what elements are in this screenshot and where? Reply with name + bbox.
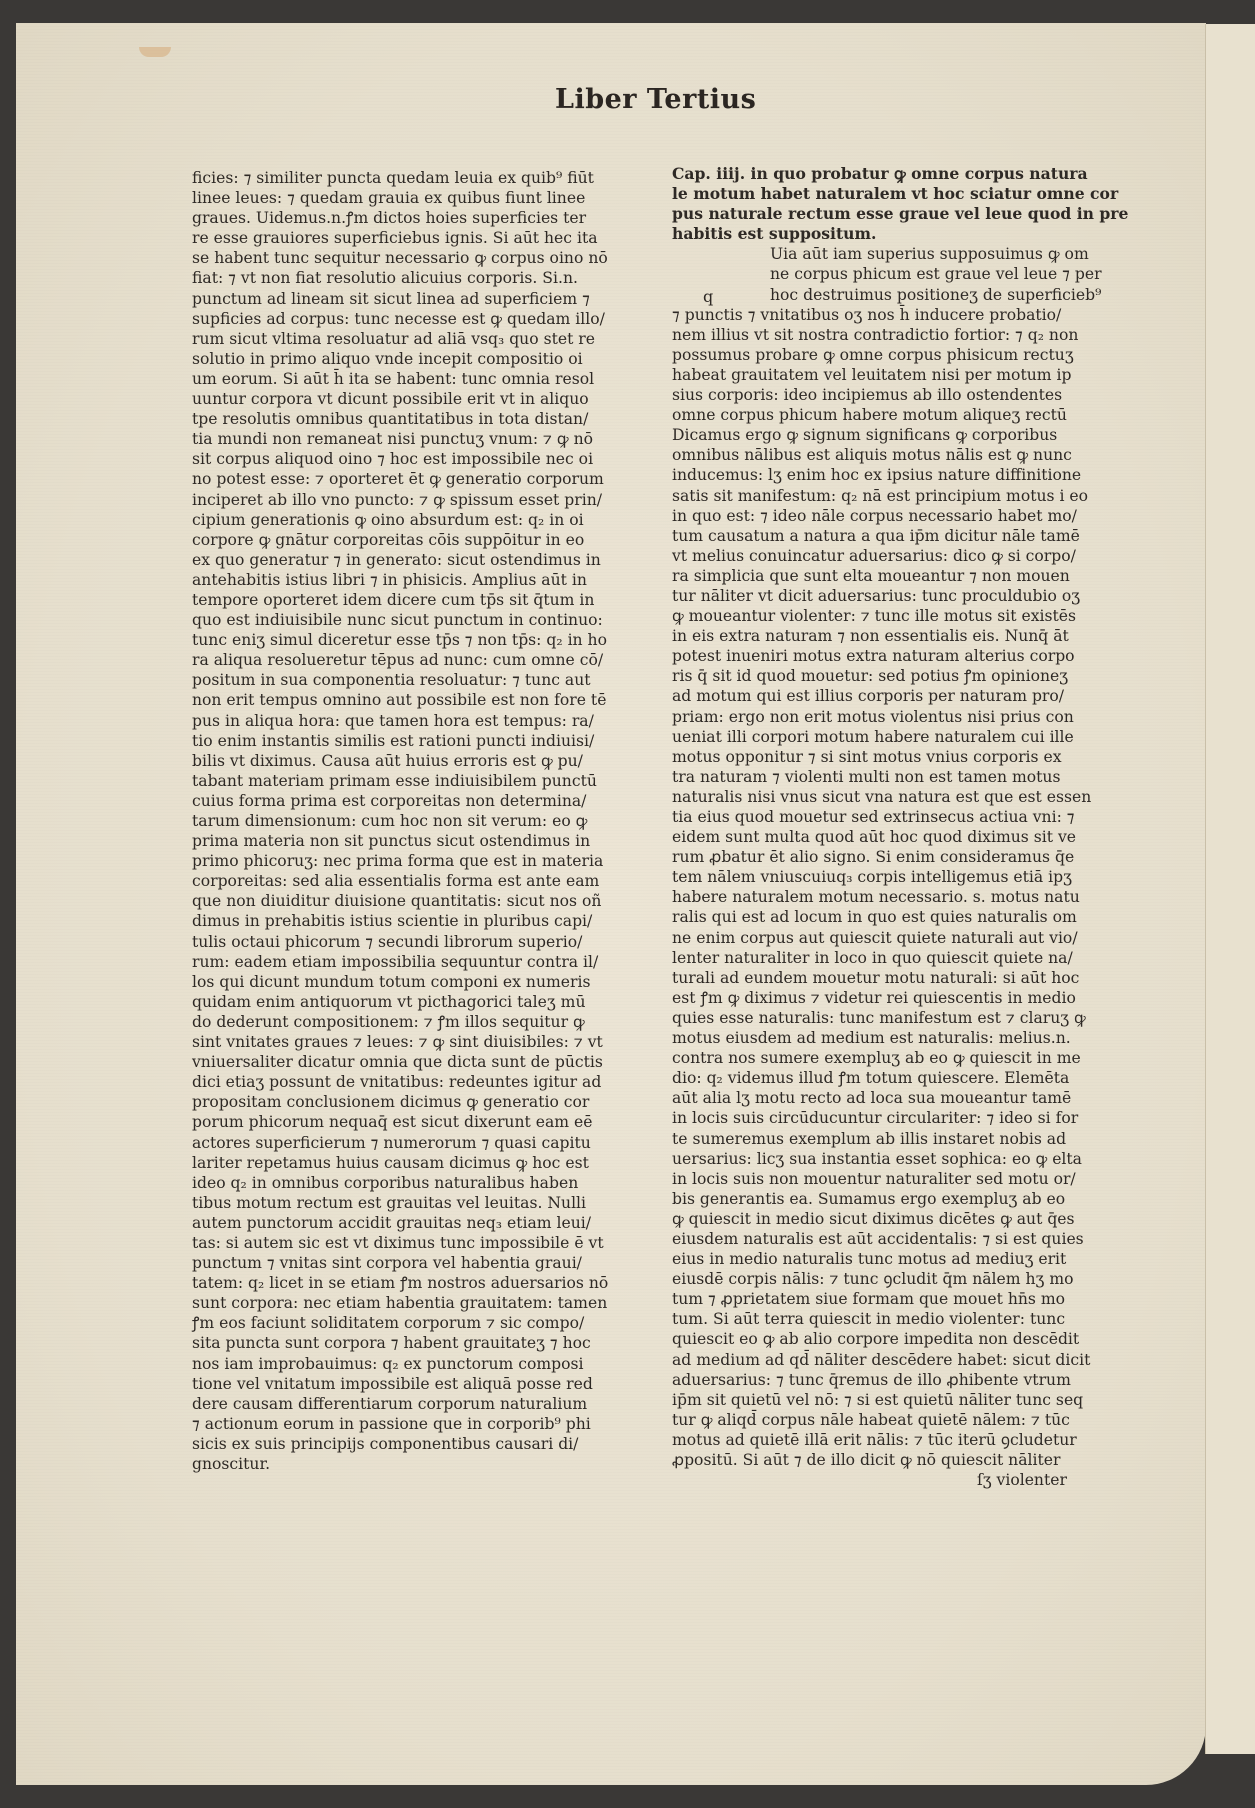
text-line: tur ꝙ aliqd̄ corpus nāle habeat quietē n… (672, 1410, 1112, 1430)
text-line: te sumeremus exemplum ab illis instaret … (672, 1129, 1112, 1149)
text-line: ꝙ quiescit in medio sicut diximus dicēte… (672, 1209, 1112, 1229)
text-line: lariter repetamus huius causam dicimus ꝙ… (192, 1153, 644, 1173)
text-line: eius in medio naturalis tunc motus ad me… (672, 1249, 1112, 1269)
text-line: sita puncta sunt corpora ⁊ habent grauit… (192, 1333, 644, 1353)
text-line: ꝭm eos faciunt soliditatem corporum ⁊ si… (192, 1313, 644, 1333)
paper-stain (139, 47, 171, 57)
text-line: supficies ad corpus: tunc necesse est ꝙ … (192, 309, 644, 329)
text-line: satis sit manifestum: q₂ nā est principi… (672, 486, 1112, 506)
text-line: tum causatum a natura a qua ip̄m dicitur… (672, 526, 1112, 546)
text-line: autem punctorum accidit grauitas neq₃ et… (192, 1213, 644, 1233)
text-line: ra aliqua resolueretur tēpus ad nunc: cu… (192, 650, 644, 670)
text-line: naturalis nisi vnus sicut vna natura est… (672, 787, 1112, 807)
text-line: le motum habet naturalem vt hoc sciatur … (672, 184, 1112, 204)
text-line: gnoscitur. (192, 1454, 644, 1474)
chapter-heading: Cap. iiij. in quo probatur ꝙ omne corpus… (672, 164, 1112, 244)
text-line: ne enim corpus aut quiescit quiete natur… (672, 928, 1112, 948)
text-line: habitis est suppositum. (672, 224, 1112, 244)
text-line: uersarius: licʒ sua instantia esset soph… (672, 1149, 1112, 1169)
text-line: tatem: q₂ licet in se etiam ꝭm nostros a… (192, 1273, 644, 1293)
text-line: quo est indiuisibile nunc sicut punctum … (192, 610, 644, 630)
text-line: in locis suis non mouentur naturaliter s… (672, 1169, 1112, 1189)
text-line: propositam conclusionem dicimus ꝙ genera… (192, 1092, 644, 1112)
text-line: eiusdem naturalis est aūt accidentalis: … (672, 1229, 1112, 1249)
text-line: ex quo generatur ⁊ in generato: sicut os… (192, 550, 644, 570)
text-line: dici etiaʒ possunt de vnitatibus: redeun… (192, 1072, 644, 1092)
text-line: omnibus nālibus est aliquis motus nālis … (672, 445, 1112, 465)
text-line: positum in sua componentia resoluatur: ⁊… (192, 670, 644, 690)
text-line: motus opponitur ⁊ si sint motus vnius co… (672, 747, 1112, 767)
left-text-column: ficies: ⁊ similiter puncta quedam leuia … (192, 168, 644, 1474)
text-line: tia mundi non remaneat nisi punctuʒ vnum… (192, 429, 644, 449)
text-line: linee leues: ⁊ quedam grauia ex quibus f… (192, 188, 644, 208)
text-line: dere causam differentiarum corporum natu… (192, 1394, 644, 1414)
text-line: inciperet ab illo vno puncto: ⁊ ꝙ spissu… (192, 490, 644, 510)
text-line: Dicamus ergo ꝙ signum significans ꝙ corp… (672, 425, 1112, 445)
guide-letter: q (703, 287, 713, 307)
text-line: in quo est: ⁊ ideo nāle corpus necessari… (672, 506, 1112, 526)
text-line: que non diuiditur diuisione quantitatis:… (192, 891, 644, 911)
text-line: tunc eniʒ simul diceretur esse tp̄s ⁊ no… (192, 630, 644, 650)
text-line: tulis octaui phicorum ⁊ secundi librorum… (192, 932, 644, 952)
text-line: bilis vt diximus. Causa aūt huius errori… (192, 751, 644, 771)
text-line: tio enim instantis similis est rationi p… (192, 731, 644, 751)
text-line: motus eiusdem ad medium est naturalis: m… (672, 1028, 1112, 1048)
text-line: tur nāliter vt dicit aduersarius: tunc p… (672, 586, 1112, 606)
catchword: ſʒ violenter (672, 1470, 1112, 1490)
text-line: punctum ad lineam sit sicut linea ad sup… (192, 289, 644, 309)
text-line: pus in aliqua hora: que tamen hora est t… (192, 711, 644, 731)
text-line: Cap. iiij. in quo probatur ꝙ omne corpus… (672, 164, 1112, 184)
text-line: porum phicorum nequaq̄ est sicut dixerun… (192, 1112, 644, 1132)
text-line: ip̄m sit quietū vel nō: ⁊ si est quietū … (672, 1390, 1112, 1410)
text-line: quies esse naturalis: tunc manifestum es… (672, 1008, 1112, 1028)
text-line: est ꝭm ꝙ diximus ⁊ videtur rei quiescent… (672, 988, 1112, 1008)
text-line: solutio in primo aliquo vnde incepit com… (192, 349, 644, 369)
text-line: rum: eadem etiam impossibilia sequuntur … (192, 952, 644, 972)
text-line: ideo q₂ in omnibus corporibus naturalibu… (192, 1173, 644, 1193)
text-line: sicis ex suis principijs componentibus c… (192, 1434, 644, 1454)
text-line: nos iam improbauimus: q₂ ex punctorum co… (192, 1354, 644, 1374)
text-line: lenter naturaliter in loco in quo quiesc… (672, 948, 1112, 968)
text-line: se habent tunc sequitur necessario ꝙ cor… (192, 248, 644, 268)
indented-lines: Uia aūt iam superius supposuimus ꝙ omne … (672, 244, 1112, 304)
text-line: sius corporis: ideo incipiemus ab illo o… (672, 385, 1112, 405)
text-line: turali ad eundem mouetur motu naturali: … (672, 968, 1112, 988)
text-line: inducemus: lʒ enim hoc ex ipsius nature … (672, 465, 1112, 485)
adjacent-page-edge (1205, 24, 1255, 1754)
text-line: Uia aūt iam superius supposuimus ꝙ om (672, 244, 1112, 264)
text-line: nem illius vt sit nostra contradictio fo… (672, 325, 1112, 345)
text-line: in locis suis circūducuntur circulariter… (672, 1108, 1112, 1128)
text-line: quiescit eo ꝙ ab alio corpore impedita n… (672, 1329, 1112, 1349)
text-line: bis generantis ea. Sumamus ergo exempluʒ… (672, 1189, 1112, 1209)
text-line: actores superficierum ⁊ numerorum ⁊ quas… (192, 1133, 644, 1153)
text-line: ris q̄ sit id quod mouetur: sed potius ꝭ… (672, 666, 1112, 686)
text-line: punctum ⁊ vnitas sint corpora vel habent… (192, 1253, 644, 1273)
text-line: rum sicut vltima resoluatur ad aliā vsq₃… (192, 329, 644, 349)
text-line: tione vel vnitatum impossibile est aliqu… (192, 1374, 644, 1394)
text-line: tpe resolutis omnibus quantitatibus in t… (192, 409, 644, 429)
text-line: potest inueniri motus extra naturam alte… (672, 646, 1112, 666)
text-line: sunt corpora: nec etiam habentia grauita… (192, 1293, 644, 1313)
text-line: ⁊ actionum eorum in passione que in corp… (192, 1414, 644, 1434)
text-line: ralis qui est ad locum in quo est quies … (672, 907, 1112, 927)
text-line: no potest esse: ⁊ oporteret ēt ꝙ generat… (192, 469, 644, 489)
text-line: tempore oporteret idem dicere cum tp̄s s… (192, 590, 644, 610)
text-line: corporeitas: sed alia essentialis forma … (192, 871, 644, 891)
text-line: hoc destruimus positioneʒ de superficieb… (672, 285, 1112, 305)
text-line: tabant materiam primam esse indiuisibile… (192, 771, 644, 791)
text-line: tibus motum rectum est grauitas vel leui… (192, 1193, 644, 1213)
text-line: ficies: ⁊ similiter puncta quedam leuia … (192, 168, 644, 188)
text-line: graues. Uidemus.n.ꝭm dictos hoies superf… (192, 208, 644, 228)
text-line: primo phicoruʒ: nec prima forma que est … (192, 851, 644, 871)
text-line: in eis extra naturam ⁊ non essentialis e… (672, 626, 1112, 646)
text-line: tra naturam ⁊ violenti multi non est tam… (672, 767, 1112, 787)
text-line: corpore ꝙ gnātur corporeitas cōis suppōi… (192, 530, 644, 550)
text-line: ad medium ad qd̄ nāliter descēdere habet… (672, 1350, 1112, 1370)
text-line: fiat: ⁊ vt non fiat resolutio alicuius c… (192, 268, 644, 288)
text-line: ueniat illi corpori motum habere natural… (672, 727, 1112, 747)
text-line: habere naturalem motum necessario. s. mo… (672, 887, 1112, 907)
text-line: dimus in prehabitis istius scientie in p… (192, 911, 644, 931)
text-line: motus ad quietē illā erit nālis: ⁊ tūc i… (672, 1430, 1112, 1450)
text-line: sit corpus aliquod oino ⁊ hoc est imposs… (192, 449, 644, 469)
text-line: eiusdē corpis nālis: ⁊ tunc ꝯcludit q̄m … (672, 1269, 1112, 1289)
text-line: los qui dicunt mundum totum componi ex n… (192, 972, 644, 992)
text-line: eidem sunt multa quod aūt hoc quod dixim… (672, 827, 1112, 847)
text-line: possumus probare ꝙ omne corpus phisicum … (672, 345, 1112, 365)
text-line: habeat grauitatem vel leuitatem nisi per… (672, 365, 1112, 385)
text-line: dio: q₂ videmus illud ꝭm totum quiescere… (672, 1068, 1112, 1088)
text-line: antehabitis istius libri ⁊ in phisicis. … (192, 570, 644, 590)
text-line: um eorum. Si aūt h̄ ita se habent: tunc … (192, 369, 644, 389)
text-line: priam: ergo non erit motus violentus nis… (672, 707, 1112, 727)
text-line: aduersarius: ⁊ tunc q̄remus de illo ꝓhib… (672, 1370, 1112, 1390)
initial-space-block: q Uia aūt iam superius supposuimus ꝙ omn… (672, 244, 1112, 304)
text-line: tia eius quod mouetur sed extrinsecus ac… (672, 807, 1112, 827)
text-line: do dederunt compositionem: ⁊ ꝭm illos se… (192, 1012, 644, 1032)
text-line: aūt alia lʒ motu recto ad loca sua mouea… (672, 1088, 1112, 1108)
text-line: ⁊ punctis ⁊ vnitatibus oʒ nos h̄ inducer… (672, 305, 1112, 325)
text-line: ꝓpositū. Si aūt ⁊ de illo dicit ꝙ nō qui… (672, 1450, 1112, 1470)
text-line: tarum dimensionum: cum hoc non sit verum… (192, 811, 644, 831)
right-text-column: Cap. iiij. in quo probatur ꝙ omne corpus… (672, 164, 1112, 1490)
text-line: contra nos sumere exempluʒ ab eo ꝙ quies… (672, 1048, 1112, 1068)
text-line: ꝙ moueantur violenter: ⁊ tunc ille motus… (672, 606, 1112, 626)
text-line: omne corpus phicum habere motum aliqueʒ … (672, 405, 1112, 425)
text-line: non erit tempus omnino aut possibile est… (192, 690, 644, 710)
text-line: tum. Si aūt terra quiescit in medio viol… (672, 1309, 1112, 1329)
text-line: ne corpus phicum est graue vel leue ⁊ pe… (672, 264, 1112, 284)
right-body-lines: ⁊ punctis ⁊ vnitatibus oʒ nos h̄ inducer… (672, 305, 1112, 1470)
text-line: vt melius conuincatur aduersarius: dico … (672, 546, 1112, 566)
text-line: tas: si autem sic est vt diximus tunc im… (192, 1233, 644, 1253)
text-line: cuius forma prima est corporeitas non de… (192, 791, 644, 811)
text-line: re esse grauiores superficiebus ignis. S… (192, 228, 644, 248)
text-line: quidam enim antiquorum vt picthagorici t… (192, 992, 644, 1012)
text-line: tum ⁊ ꝓprietatem siue formam que mouet h… (672, 1289, 1112, 1309)
text-line: ra simplicia que sunt elta moueantur ⁊ n… (672, 566, 1112, 586)
text-line: prima materia non sit punctus sicut oste… (192, 831, 644, 851)
text-line: sint vnitates graues ⁊ leues: ⁊ ꝙ sint d… (192, 1032, 644, 1052)
text-line: rum ꝓbatur ēt alio signo. Si enim consid… (672, 847, 1112, 867)
running-head: Liber Tertius (555, 84, 756, 115)
text-line: tem nālem vniuscuiuq₃ corpis intelligemu… (672, 867, 1112, 887)
text-line: uuntur corpora vt dicunt possibile erit … (192, 389, 644, 409)
text-line: ad motum qui est illius corporis per nat… (672, 686, 1112, 706)
text-line: cipium generationis ꝙ oino absurdum est:… (192, 510, 644, 530)
text-line: vniuersaliter dicatur omnia que dicta su… (192, 1052, 644, 1072)
text-line: pus naturale rectum esse graue vel leue … (672, 204, 1112, 224)
